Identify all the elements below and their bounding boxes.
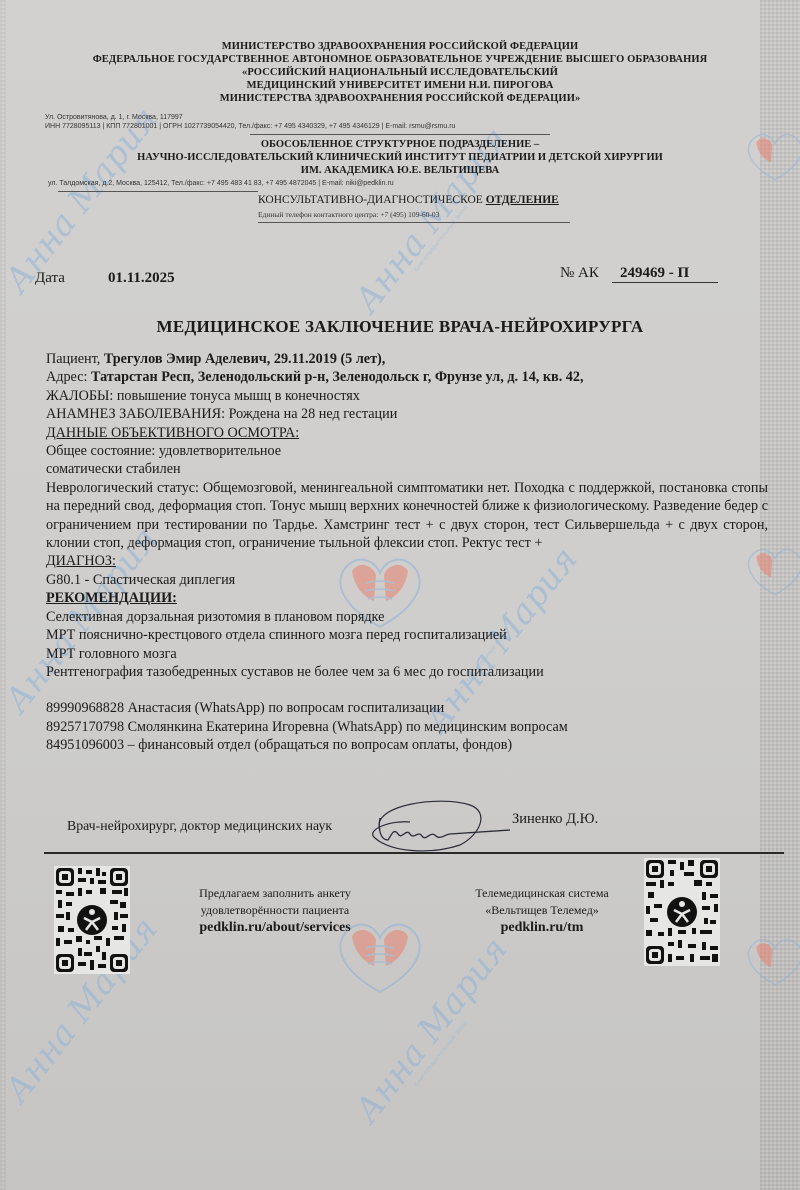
address-label: Адрес: xyxy=(46,369,87,385)
address-row: Адрес: Татарстан Респ, Зеленодольский р-… xyxy=(46,368,768,386)
patient-label: Пациент, xyxy=(46,351,100,367)
survey-link[interactable]: pedklin.ru/about/services xyxy=(180,919,370,936)
signatory-role: Врач-нейрохирург, доктор медицинских нау… xyxy=(67,818,332,834)
department-suffix: ОТДЕЛЕНИЕ xyxy=(486,194,559,206)
contact-item: 89990968828 Анастасия (WhatsApp) по вопр… xyxy=(46,699,768,717)
recommendation-item: Селективная дорзальная ризотомия в плано… xyxy=(46,608,768,626)
department-prefix: КОНСУЛЬТАТИВНО-ДИАГНОСТИЧЕСКОЕ xyxy=(258,194,483,206)
qr-code-icon[interactable] xyxy=(54,866,130,974)
conclusion-body: Пациент, Трегулов Эмир Аделевич, 29.11.2… xyxy=(46,350,768,755)
survey-block: Предлагаем заполнить анкету удовлетворён… xyxy=(180,885,370,936)
document-page: Анна Мария Анна Мария Анна Мария Анна Ма… xyxy=(0,0,800,1190)
division-line: ОБОСОБЛЕННОЕ СТРУКТУРНОЕ ПОДРАЗДЕЛЕНИЕ – xyxy=(0,138,800,151)
date-label: Дата xyxy=(35,270,65,287)
telemed-line: «Вельтищев Телемед» xyxy=(452,902,632,919)
institution-line: МЕДИЦИНСКИЙ УНИВЕРСИТЕТ ИМЕНИ Н.И. ПИРОГ… xyxy=(0,79,800,92)
recommendation-item: МРТ пояснично-крестцового отдела спинног… xyxy=(46,626,768,644)
contact-item: 89257170798 Смолянкина Екатерина Игоревн… xyxy=(46,718,768,736)
ministry-name: МИНИСТЕРСТВО ЗДРАВООХРАНЕНИЯ РОССИЙСКОЙ … xyxy=(0,40,800,53)
recommendations-heading: РЕКОМЕНДАЦИИ: xyxy=(46,589,768,607)
recommendation-item: Рентгенография тазобедренных суставов не… xyxy=(46,663,768,681)
divider xyxy=(250,134,550,135)
institution-line: МИНИСТЕРСТВА ЗДРАВООХРАНЕНИЯ РОССИЙСКОЙ … xyxy=(0,92,800,105)
somatic-state: соматически стабилен xyxy=(46,460,768,478)
divider xyxy=(258,222,570,223)
institution-line: «РОССИЙСКИЙ НАЦИОНАЛЬНЫЙ ИССЛЕДОВАТЕЛЬСК… xyxy=(0,66,800,79)
contact-item: 84951096003 – финансовый отдел (обращать… xyxy=(46,736,768,754)
complaints-value: повышение тонуса мышц в конечностях xyxy=(117,388,360,404)
department-name: КОНСУЛЬТАТИВНО-ДИАГНОСТИЧЕСКОЕ ОТДЕЛЕНИЕ xyxy=(258,194,559,206)
survey-line: удовлетворённости пациента xyxy=(180,902,370,919)
division-header: ОБОСОБЛЕННОЕ СТРУКТУРНОЕ ПОДРАЗДЕЛЕНИЕ –… xyxy=(0,138,800,177)
watermark-text: Анна Мария xyxy=(347,930,516,1130)
patient-value: Трегулов Эмир Аделевич, 29.11.2019 (5 ле… xyxy=(104,351,385,367)
document-number-label: № АК xyxy=(560,265,599,282)
address-value: Татарстан Респ, Зеленодольский р-н, Зеле… xyxy=(91,369,584,385)
diagnosis-value: G80.1 - Спастическая диплегия xyxy=(46,571,768,589)
telemed-block: Телемедицинская система «Вельтищев Телем… xyxy=(452,885,632,936)
university-requisites: ИНН 7728095113 | КПП 772801001 | ОГРН 10… xyxy=(45,122,455,131)
patient-row: Пациент, Трегулов Эмир Аделевич, 29.11.2… xyxy=(46,350,768,368)
complaints-label: ЖАЛОБЫ: xyxy=(46,388,113,404)
telemed-line: Телемедицинская система xyxy=(452,885,632,902)
university-address: Ул. Островитянова, д. 1, г. Москва, 1179… xyxy=(45,113,183,122)
recommendation-item: МРТ головного мозга xyxy=(46,645,768,663)
contact-center-phone: Единый телефон контактного центра: +7 (4… xyxy=(258,210,439,219)
divider xyxy=(58,191,258,192)
signatory-name: Зиненко Д.Ю. xyxy=(512,811,598,828)
watermark-subtitle: благотворительный фонд xyxy=(413,1019,469,1088)
telemed-link[interactable]: pedklin.ru/tm xyxy=(452,919,632,936)
survey-line: Предлагаем заполнить анкету xyxy=(180,885,370,902)
diagnosis-heading: ДИАГНОЗ: xyxy=(46,552,768,570)
qr-code-icon[interactable] xyxy=(644,858,720,966)
anamnesis-label: АНАМНЕЗ ЗАБОЛЕВАНИЯ: xyxy=(46,406,225,422)
neurological-status: Неврологический статус: Общемозговой, ме… xyxy=(46,479,768,553)
examination-heading: ДАННЫЕ ОБЪЕКТИВНОГО ОСМОТРА: xyxy=(46,424,768,442)
division-line: ИМ. АКАДЕМИКА Ю.Е. ВЕЛЬТИЩЕВА xyxy=(0,164,800,177)
complaints-row: ЖАЛОБЫ: повышение тонуса мышц в конечнос… xyxy=(46,387,768,405)
general-state: Общее состояние: удовлетворительное xyxy=(46,442,768,460)
date-value: 01.11.2025 xyxy=(108,270,175,287)
footer-divider xyxy=(44,852,784,854)
division-line: НАУЧНО-ИССЛЕДОВАТЕЛЬСКИЙ КЛИНИЧЕСКИЙ ИНС… xyxy=(0,151,800,164)
scan-artifact xyxy=(0,0,6,1190)
institution-line: ФЕДЕРАЛЬНОЕ ГОСУДАРСТВЕННОЕ АВТОНОМНОЕ О… xyxy=(0,53,800,66)
anamnesis-value: Рождена на 28 нед гестации xyxy=(229,406,398,422)
document-title: МЕДИЦИНСКОЕ ЗАКЛЮЧЕНИЕ ВРАЧА-НЕЙРОХИРУРГ… xyxy=(0,317,800,337)
letterhead: МИНИСТЕРСТВО ЗДРАВООХРАНЕНИЯ РОССИЙСКОЙ … xyxy=(0,40,800,105)
document-number-value: 249469 - П xyxy=(612,265,718,283)
anamnesis-row: АНАМНЕЗ ЗАБОЛЕВАНИЯ: Рождена на 28 нед г… xyxy=(46,405,768,423)
division-address: ул. Талдомская, д.2, Москва, 125412, Тел… xyxy=(48,179,394,188)
